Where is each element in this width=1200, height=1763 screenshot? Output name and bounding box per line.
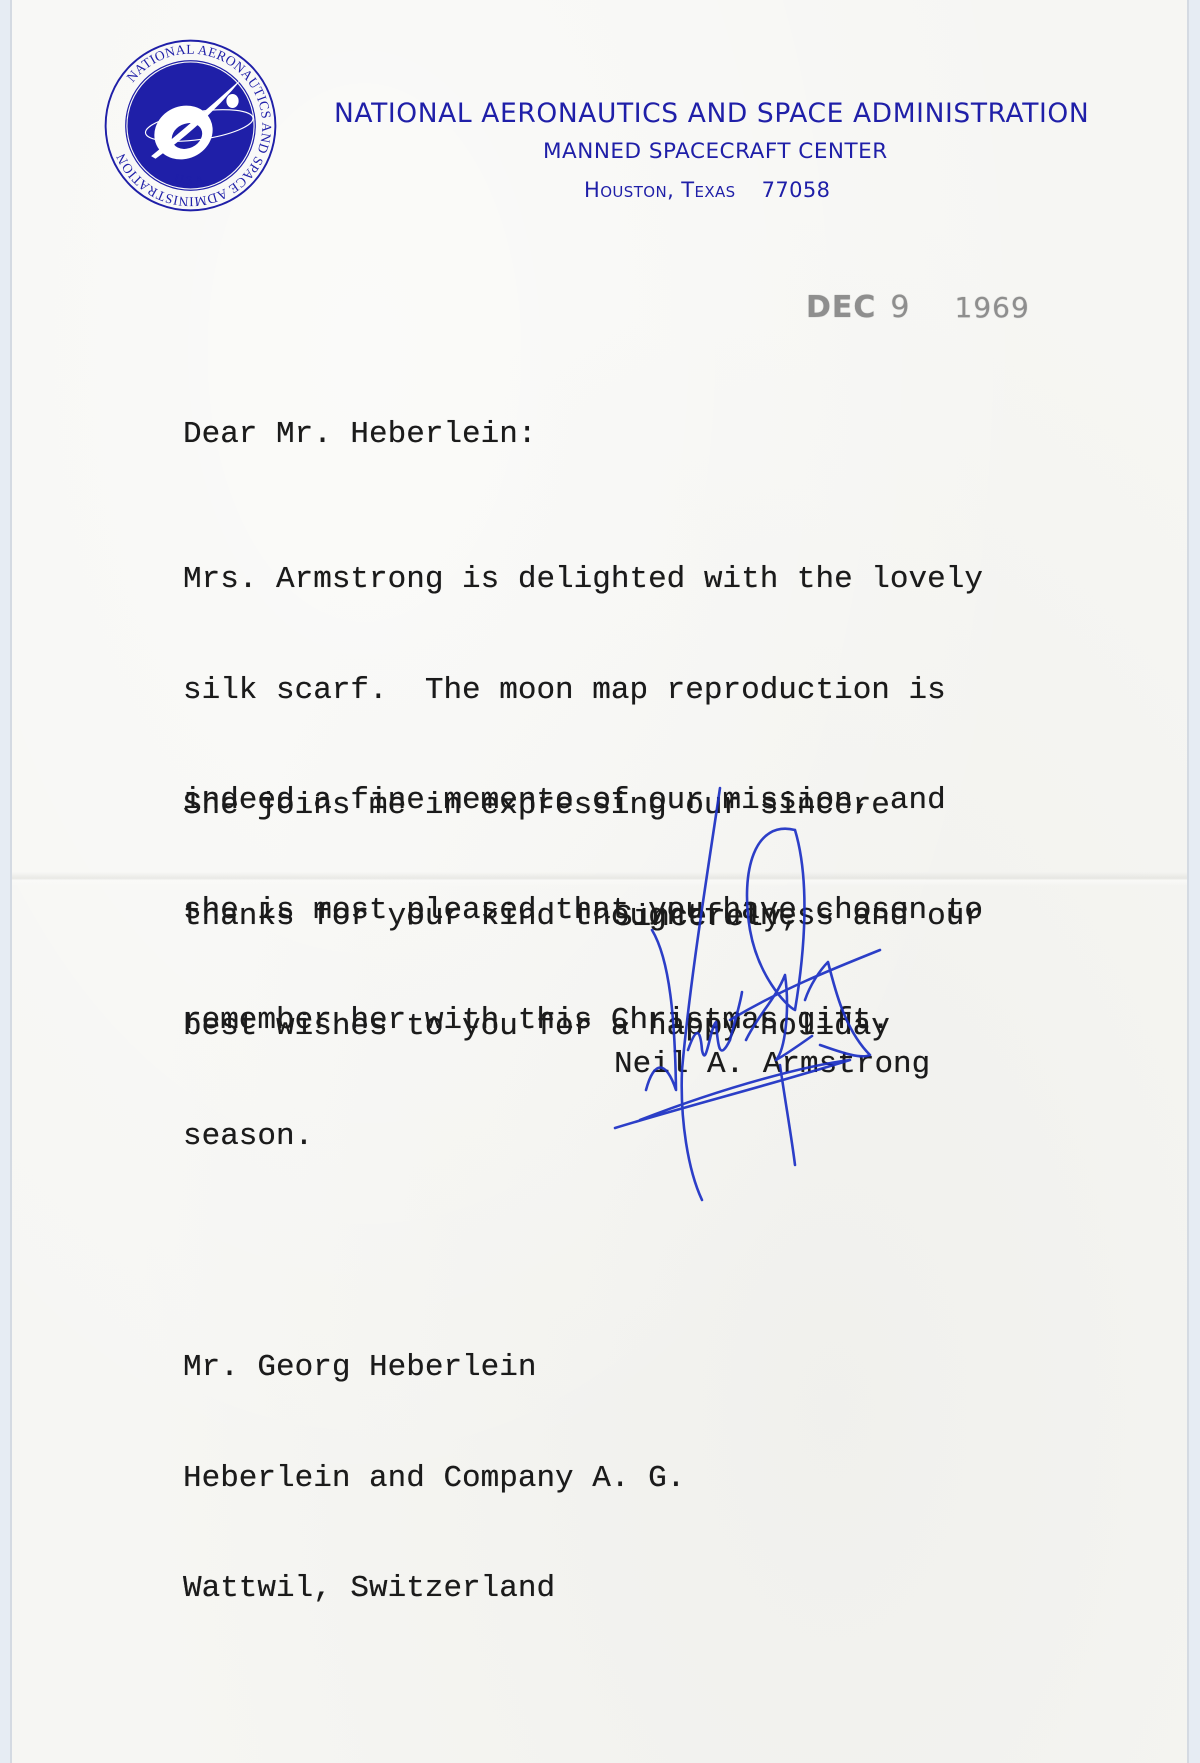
letterhead-center: MANNED SPACECRAFT CENTER (543, 139, 888, 164)
letterhead-zip: 77058 (762, 178, 831, 202)
body-paragraph-2: She joins me in expressing our sincere t… (183, 715, 983, 1192)
address-line: Heberlein and Company A. G. (183, 1461, 685, 1498)
letterhead-city-state: Houston, Texas (584, 178, 736, 202)
address-line: Mr. Georg Heberlein (183, 1350, 685, 1387)
date-stamp-year: 1969 (955, 291, 1030, 324)
signer-name: Neil A. Armstrong (614, 1047, 930, 1084)
body-line: best wishes to you for a happy holiday (183, 1009, 983, 1046)
body-line: She joins me in expressing our sincere (183, 788, 983, 825)
date-stamp-month: DEC (806, 290, 876, 325)
date-stamp: DEC91969 (806, 290, 1030, 325)
nasa-seal-icon: NATIONAL AERONAUTICS AND SPACE ADMINISTR… (103, 38, 278, 213)
body-line: thanks for your kind thoughtfulness and … (183, 899, 983, 936)
recipient-address: Mr. Georg Heberlein Heberlein and Compan… (183, 1277, 685, 1644)
body-line: Mrs. Armstrong is delighted with the lov… (183, 562, 983, 599)
letterhead-organization: NATIONAL AERONAUTICS AND SPACE ADMINISTR… (334, 98, 1089, 129)
letterhead-address: Houston, Texas77058 (584, 178, 830, 202)
closing: Sincerely, (614, 900, 800, 937)
seal-usa-text: U.S.A. (173, 171, 208, 187)
svg-text:U.S.A.: U.S.A. (173, 171, 208, 187)
address-line: Wattwil, Switzerland (183, 1571, 685, 1608)
paper-edge-right (1187, 0, 1189, 1763)
body-line: season. (183, 1119, 983, 1156)
salutation: Dear Mr. Heberlein: (183, 417, 536, 454)
date-stamp-day: 9 (890, 290, 910, 325)
body-line: silk scarf. The moon map reproduction is (183, 673, 983, 710)
